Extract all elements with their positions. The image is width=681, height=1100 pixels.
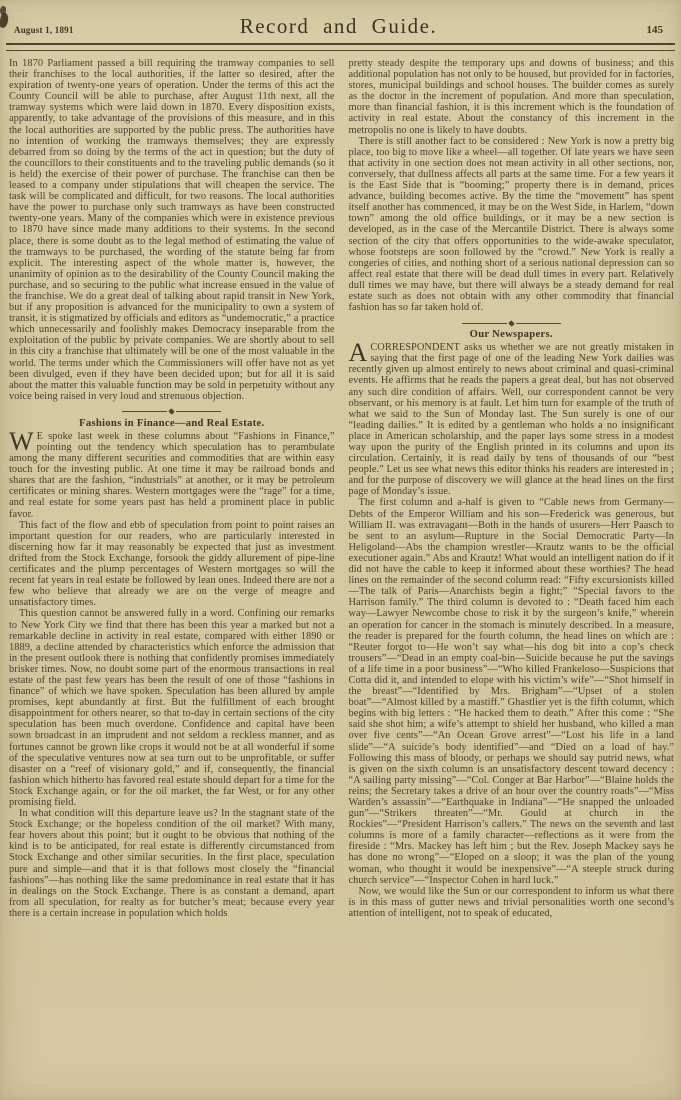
page-number: 145 <box>513 24 669 36</box>
fashions-article-paragraph-4: In what condition will this departure le… <box>9 808 335 919</box>
divider-line <box>176 411 221 412</box>
diamond-ornament-icon <box>508 320 515 327</box>
left-column: In 1870 Parliament passed a bill requiri… <box>9 58 335 919</box>
article-heading-fashions-in-finance: Fashions in Finance—and Real Estate. <box>9 418 335 429</box>
fashions-article-continuation-paragraph: pretty steady despite the temporary ups … <box>349 58 675 136</box>
right-column: pretty steady despite the temporary ups … <box>349 58 675 919</box>
masthead-title: Record and Guide. <box>164 14 513 39</box>
diamond-ornament-icon <box>168 409 175 416</box>
divider-line <box>516 323 561 324</box>
page-header: August 1, 1891 Record and Guide. 145 <box>0 0 681 42</box>
newspapers-article-paragraph-2: The first column and a-half is given to … <box>349 497 675 885</box>
fashions-article-paragraph-3: This question cannot be answered fully i… <box>9 608 335 808</box>
dropcap-letter: A <box>349 342 371 362</box>
newspapers-article-paragraph-1: ACORRESPONDENT asks us whether we are no… <box>349 342 675 497</box>
dropcap-letter: W <box>9 431 37 451</box>
section-divider <box>9 409 335 415</box>
tramway-article-paragraph: In 1870 Parliament passed a bill requiri… <box>9 58 335 402</box>
divider-line <box>462 323 507 324</box>
section-divider <box>349 320 675 326</box>
divider-line <box>122 411 167 412</box>
paragraph-text: CORRESPONDENT asks us whether we are not… <box>349 342 675 497</box>
fashions-article-paragraph-5: There is still another fact to be consid… <box>349 136 675 314</box>
article-heading-our-newspapers: Our Newspapers. <box>349 329 675 340</box>
article-columns: In 1870 Parliament passed a bill requiri… <box>0 51 681 919</box>
header-rule <box>6 43 675 51</box>
issue-date: August 1, 1891 <box>14 25 164 35</box>
fashions-article-paragraph-1: WE spoke last week in these columns abou… <box>9 431 335 520</box>
fashions-article-paragraph-2: This fact of the flow and ebb of specula… <box>9 520 335 609</box>
paragraph-text: E spoke last week in these columns about… <box>9 431 335 520</box>
newspaper-page: August 1, 1891 Record and Guide. 145 In … <box>0 0 681 1100</box>
newspapers-article-paragraph-3: Now, we would like the Sun or our corres… <box>349 886 675 919</box>
